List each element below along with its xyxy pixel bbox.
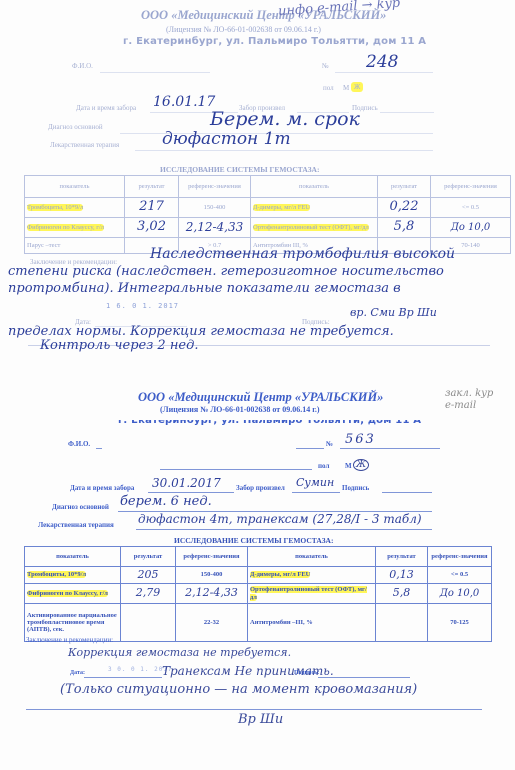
scanned-page: ООО «Медицинский Центр «УРАЛЬСКИЙ» (Лице… xyxy=(0,0,515,770)
param-ref: 150-400 xyxy=(176,567,248,584)
date-value[interactable]: 30.01.2017 xyxy=(152,476,221,490)
param-result: 3,02 xyxy=(137,219,166,234)
conclusion-date-field[interactable] xyxy=(84,677,162,678)
sex-label: пол xyxy=(318,462,329,470)
conclusion-line: Коррекция гемостаза не требуется. xyxy=(68,646,291,659)
signature-field[interactable] xyxy=(380,112,434,113)
param-ref: До 10,0 xyxy=(440,588,480,599)
diagnosis-value[interactable]: Берем. м. срок xyxy=(210,108,360,130)
address-text: г. Екатеринбург, ул. Пальмиро Тольятти, … xyxy=(123,36,426,47)
signature-label: Подпись: xyxy=(294,670,319,676)
param-result: 5,8 xyxy=(393,586,411,599)
therapy-label: Лекарственная терапия xyxy=(50,141,119,149)
hemostasis-table: показатель результат референс-значения п… xyxy=(24,175,511,254)
sex-option-m: М xyxy=(343,84,349,92)
signature-field[interactable] xyxy=(382,492,432,493)
conclusion-line: Контроль через 2 нед. xyxy=(40,338,198,353)
number-value[interactable]: 248 xyxy=(366,52,398,72)
param-ref: До 10,0 xyxy=(451,222,491,233)
number-line-left xyxy=(296,448,324,449)
param-result: 0,22 xyxy=(390,199,419,214)
collected-by-value[interactable]: Сумин xyxy=(296,476,334,489)
doctor-signature: вр. Сми Вр Ши xyxy=(350,306,437,319)
signature-label: Подпись xyxy=(342,484,369,492)
param-result: 217 xyxy=(139,199,164,214)
param-ref: 2,12-4,33 xyxy=(186,220,244,234)
sex-option-selected[interactable]: Ж xyxy=(351,82,363,92)
col-header: результат xyxy=(125,176,179,198)
table-row: Фибриноген по Клауссу, г/л 2,79 2,12-4,3… xyxy=(25,584,492,604)
therapy-value[interactable]: дюфастон 1т xyxy=(162,129,291,149)
table-row: Фибриноген по Клауссу, г/л 3,02 2,12-4,3… xyxy=(25,218,511,238)
therapy-label: Лекарственная терапия xyxy=(38,521,114,529)
table-row: Тромбоциты, 10*9/л 205 150-400 Д-димеры,… xyxy=(25,567,492,584)
param-ref: 2,12-4,33 xyxy=(185,586,238,599)
col-header: результат xyxy=(378,176,431,198)
collected-by-line xyxy=(292,492,340,493)
conclusion-line: пределах нормы. Коррекция гемостаза не т… xyxy=(8,324,394,339)
param-ref: 22-32 xyxy=(176,604,248,642)
param-result: 2,79 xyxy=(136,586,161,599)
date-value[interactable]: 16.01.17 xyxy=(153,94,215,110)
param-name: Тромбоциты, 10*9/л xyxy=(27,204,83,211)
col-header: референс-значения xyxy=(176,547,248,567)
col-header: референс-значения xyxy=(179,176,251,198)
number-label: № xyxy=(322,62,329,70)
therapy-value[interactable]: дюфастон 4т, транексам (27,28/I - 3 табл… xyxy=(138,512,422,526)
diagnosis-value[interactable]: берем. 6 нед. xyxy=(120,494,212,509)
therapy-line xyxy=(135,150,433,151)
fio-field[interactable] xyxy=(100,72,210,73)
therapy-line xyxy=(136,529,432,530)
conclusion-line: степени риска (наследствен. гетерозиготн… xyxy=(8,264,444,279)
address-text: г. Екатеринбург, ул. Пальмиро Тольятти, … xyxy=(118,415,421,426)
col-header: результат xyxy=(121,547,176,567)
conclusion-signature-field[interactable] xyxy=(318,677,410,678)
conclusion-divider xyxy=(26,709,482,710)
section-title: ИССЛЕДОВАНИЕ СИСТЕМЫ ГЕМОСТАЗА: xyxy=(174,536,333,545)
param-name: Ортофенантролиновый тест (ОФТ), мг/дл xyxy=(253,224,369,231)
col-header: показатель xyxy=(25,176,125,198)
col-header: референс-значения xyxy=(428,547,492,567)
fio-field[interactable] xyxy=(96,448,102,449)
hemostasis-table: показатель результат референс-значения п… xyxy=(24,546,492,642)
param-name: Фибриноген по Клауссу, г/л xyxy=(27,590,108,597)
param-ref: 150-400 xyxy=(179,198,251,218)
param-name: Д-димеры, мг/л FEU xyxy=(250,571,310,578)
diagnosis-label: Диагноз основной xyxy=(52,503,109,511)
collected-by-label: Забор произвел xyxy=(236,484,285,492)
fio-label: Ф.И.О. xyxy=(72,62,93,70)
param-name: Антитромбин –III, % xyxy=(248,604,376,642)
param-name: Д-димеры, мг/л FEU xyxy=(253,204,310,211)
param-result: 205 xyxy=(138,568,159,581)
diagnosis-label: Диагноз основной xyxy=(48,123,103,131)
date-label: Дата и время забора xyxy=(76,104,136,112)
param-result xyxy=(376,604,428,642)
fio-label: Ф.И.О. xyxy=(68,440,90,448)
margin-note: закл. kyp e-mail xyxy=(445,388,495,412)
param-result: 0,13 xyxy=(389,568,414,581)
license-text: (Лицензия № ЛО-66-01-002638 от 09.06.14 … xyxy=(160,405,320,414)
org-name: ООО «Медицинский Центр «УРАЛЬСКИЙ» xyxy=(138,390,383,405)
col-header: показатель xyxy=(25,547,121,567)
col-header: показатель xyxy=(248,547,376,567)
col-header: показатель xyxy=(251,176,378,198)
param-ref: <= 0.5 xyxy=(431,198,511,218)
table-row: Тромбоциты, 10*9/л 217 150-400 Д-димеры,… xyxy=(25,198,511,218)
number-value[interactable]: 563 xyxy=(345,432,376,447)
param-result xyxy=(121,604,176,642)
conclusion-label: Заключение и рекомендации: xyxy=(26,636,113,644)
param-result: 5,8 xyxy=(394,219,415,234)
license-text: (Лицензия № ЛО-66-01-002638 от 09.06.14 … xyxy=(166,25,321,34)
conclusion-line: Наследственная тромбофилия высокой xyxy=(150,246,455,262)
number-line xyxy=(340,448,440,449)
param-name: Паруc –тест xyxy=(25,238,125,254)
conclusion-line: протромбина). Интегральные показатели ге… xyxy=(8,281,401,296)
fio-continuation-line xyxy=(160,469,312,470)
conclusion-line: (Только ситуационно — на момент кровомаз… xyxy=(60,682,417,697)
param-ref: <= 0.5 xyxy=(428,567,492,584)
number-label: № xyxy=(326,440,333,448)
sex-option-selected[interactable]: Ж xyxy=(353,459,369,471)
col-header: результат xyxy=(376,547,428,567)
date-stamp: 1 6. 0 1. 2017 xyxy=(106,302,179,310)
sex-label: пол xyxy=(323,84,334,92)
date-label: Дата: xyxy=(70,670,85,676)
param-name: Тромбоциты, 10*9/л xyxy=(27,571,86,578)
section-title: ИССЛЕДОВАНИЕ СИСТЕМЫ ГЕМОСТАЗА: xyxy=(160,165,319,174)
param-ref: 70-125 xyxy=(428,604,492,642)
date-line xyxy=(148,492,234,493)
col-header: референс-значения xyxy=(431,176,511,198)
param-name: Фибриноген по Клауссу, г/л xyxy=(27,224,104,231)
param-name: Ортофенантролиновый тест (ОФТ), мг/дл xyxy=(250,586,367,600)
doctor-signature: Вр Ши xyxy=(238,712,283,727)
date-label: Дата и время забора xyxy=(70,484,134,492)
sex-option-m: М xyxy=(345,462,352,470)
number-line xyxy=(335,72,433,73)
